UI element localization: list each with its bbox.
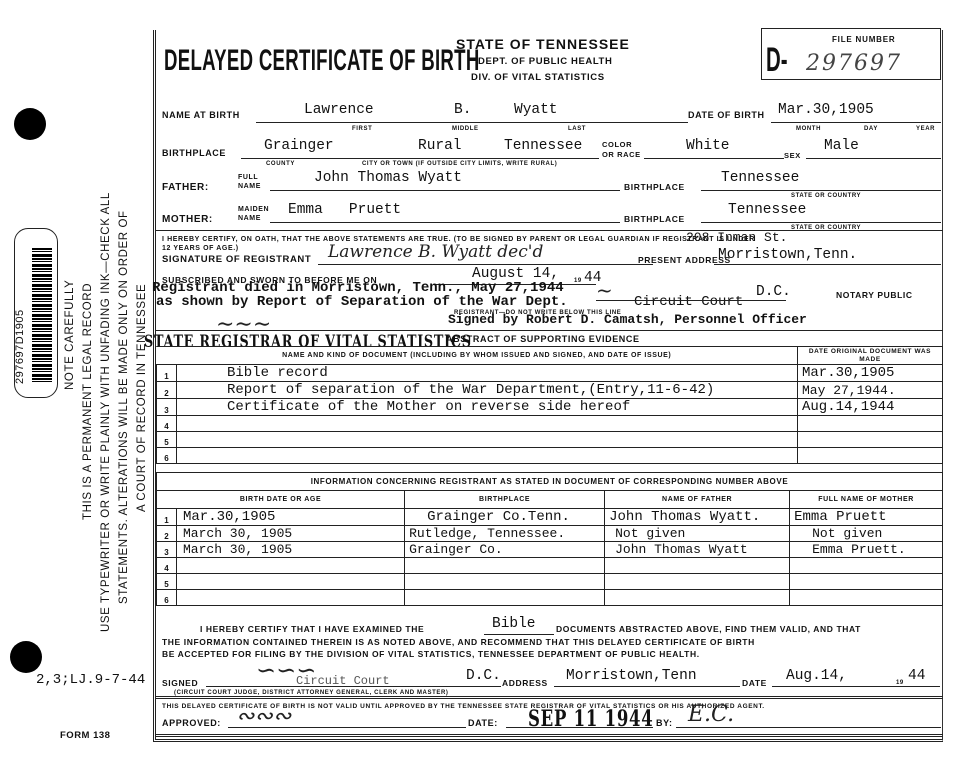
certificate-form: DELAYED CERTIFICATE OF BIRTH STATE OF TE… (153, 30, 943, 742)
birthplace-label: BIRTHPLACE (162, 148, 226, 158)
form-bottom-rule (156, 734, 943, 737)
file-prefix: D- (766, 41, 788, 80)
margin-note-1: NOTE CAREFULLY (64, 280, 76, 390)
information-table: INFORMATION CONCERNING REGISTRANT AS STA… (156, 472, 943, 606)
mother-name: Emma Pruett (288, 202, 401, 218)
abstract-label: ABSTRACT OF SUPPORTING EVIDENCE (446, 334, 640, 344)
evidence-row: 3 Certificate of the Mother on reverse s… (157, 399, 943, 416)
info-place: Grainger Co.Tenn. (405, 509, 605, 526)
evidence-col-document: NAME AND KIND OF DOCUMENT (INCLUDING BY … (157, 347, 798, 365)
margin-note-3: USE TYPEWRITER OR WRITE PLAINLY WITH UNF… (100, 192, 112, 632)
file-number-value: 297697 (806, 51, 902, 76)
father-birthplace-line (701, 190, 941, 191)
name-at-birth-label: NAME AT BIRTH (162, 110, 240, 120)
city-label: CITY OR TOWN (IF OUTSIDE CITY LIMITS, WR… (362, 161, 557, 167)
evidence-row: 6 (157, 448, 943, 464)
info-father: John Thomas Wyatt. (605, 509, 790, 526)
notary-line (596, 300, 786, 301)
punch-hole-top (14, 108, 46, 140)
evidence-document: Bible record (177, 365, 798, 382)
barcode-number: 297697D1905 (14, 309, 26, 384)
info-col-birthplace: BIRTHPLACE (405, 491, 605, 509)
county-label: COUNTY (266, 161, 295, 167)
evidence-date: Mar.30,1905 (798, 365, 943, 382)
present-address-line (714, 264, 941, 265)
last-name: Wyatt (514, 102, 558, 118)
info-col-birth: BIRTH DATE OR AGE (157, 491, 405, 509)
father-name-label: NAME (238, 183, 261, 190)
sex-label: SEX (784, 151, 801, 160)
mother-maiden-label: MAIDEN (238, 206, 269, 213)
color-line (644, 158, 784, 159)
cert-year: 44 (908, 668, 925, 684)
certify-line-1b: DOCUMENTS ABSTRACTED ABOVE, FIND THEM VA… (556, 624, 861, 634)
info-birth: March 30, 1905 (177, 542, 405, 558)
dob-line (771, 122, 941, 123)
by-line (676, 727, 941, 728)
mother-birthplace-label: BIRTHPLACE (624, 214, 685, 224)
name-line (256, 122, 688, 123)
court-name: Circuit Court (634, 294, 743, 310)
approved-signature: ∾∾∾ (236, 704, 291, 729)
year-label: YEAR (916, 126, 935, 132)
approval-top-rule (156, 696, 943, 699)
mother-birthplace-line (701, 222, 941, 223)
information-header-row: BIRTH DATE OR AGE BIRTHPLACE NAME OF FAT… (157, 491, 943, 509)
mother-name-label: NAME (238, 215, 261, 222)
evidence-row: 2 Report of separation of the War Depart… (157, 382, 943, 399)
evidence-date: Aug.14,1944 (798, 399, 943, 416)
day-label: DAY (864, 126, 878, 132)
father-birthplace-label: BIRTHPLACE (624, 182, 685, 192)
color-label-2: OR RACE (602, 150, 641, 159)
information-title-row: INFORMATION CONCERNING REGISTRANT AS STA… (157, 473, 943, 491)
middle-name: B. (454, 102, 471, 118)
mother-line (270, 222, 620, 223)
dept-heading: DEPT. OF PUBLIC HEALTH (478, 56, 612, 67)
birth-county: Grainger (264, 138, 334, 154)
approval-date-label: DATE: (468, 718, 498, 728)
information-row: 5 (157, 574, 943, 590)
father-birthplace: Tennessee (721, 170, 799, 186)
form-number: FORM 138 (60, 730, 110, 741)
date-of-birth: Mar.30,1905 (778, 102, 874, 118)
info-col-father: NAME OF FATHER (605, 491, 790, 509)
evidence-header-row: NAME AND KIND OF DOCUMENT (INCLUDING BY … (157, 347, 943, 365)
division-heading: DIV. OF VITAL STATISTICS (471, 72, 605, 83)
margin-note-4: STATEMENTS. ALTERATIONS WILL BE MADE ONL… (118, 210, 130, 604)
info-mother: Not given (790, 526, 943, 542)
mother-birthplace: Tennessee (728, 202, 806, 218)
notary-signature: ~ (596, 278, 613, 302)
certificate-title: DELAYED CERTIFICATE OF BIRTH (164, 44, 480, 78)
info-mother: Emma Pruett. (790, 542, 943, 558)
present-address: Morristown,Tenn. (718, 247, 857, 263)
mother-label: MOTHER: (162, 214, 213, 225)
sworn-year-prefix: 19 (574, 278, 582, 284)
evidence-col-date: DATE ORIGINAL DOCUMENT WAS MADE (798, 347, 943, 365)
signature-line (318, 264, 653, 265)
certify-line-1a: I HEREBY CERTIFY THAT I HAVE EXAMINED TH… (200, 624, 424, 634)
info-father: Not given (605, 526, 790, 542)
evidence-row: 1 Bible record Mar.30,1905 (157, 365, 943, 382)
punch-hole-bottom (10, 641, 42, 673)
birth-city: Rural (418, 138, 462, 154)
cert-date-line (772, 686, 940, 687)
cert-date: Aug.14, (786, 668, 847, 684)
sex-line (806, 158, 941, 159)
information-row: 3 March 30, 1905 Grainger Co. John Thoma… (157, 542, 943, 558)
signed-dc: D.C. (466, 668, 501, 684)
information-title: INFORMATION CONCERNING REGISTRANT AS STA… (157, 473, 943, 491)
color-label-1: COLOR (602, 140, 632, 149)
signed-court: Circuit Court (296, 674, 390, 688)
examined-line (484, 634, 554, 635)
month-label: MONTH (796, 126, 821, 132)
father-label: FATHER: (162, 182, 209, 193)
cert-address: Morristown,Tenn (566, 668, 697, 684)
margin-note-2: THIS IS A PERMANENT LEGAL RECORD (82, 283, 94, 520)
date-of-birth-label: DATE OF BIRTH (688, 110, 765, 120)
info-birth: March 30, 1905 (177, 526, 405, 542)
examined-document: Bible (492, 616, 536, 632)
approved-label: APPROVED: (162, 718, 221, 728)
color-race: White (686, 138, 730, 154)
cert-address-line (554, 686, 740, 687)
evidence-row: 5 (157, 432, 943, 448)
certify-line-3: BE ACCEPTED FOR FILING BY THE DIVISION O… (162, 649, 700, 659)
father-birthplace-sub: STATE OR COUNTRY (791, 193, 861, 199)
information-row: 1 Mar.30,1905 Grainger Co.Tenn. John Tho… (157, 509, 943, 526)
file-number-box: FILE NUMBER D- 297697 (761, 28, 941, 80)
by-initials: E.C. (688, 702, 734, 727)
cert-date-label: DATE (742, 678, 767, 688)
cert-address-label: ADDRESS (502, 678, 548, 688)
evidence-document: Certificate of the Mother on reverse sid… (177, 399, 798, 416)
birth-state: Tennessee (504, 138, 582, 154)
father-line (270, 190, 620, 191)
certify-oath-text-2: 12 YEARS OF AGE.) (162, 245, 239, 252)
evidence-document: Report of separation of the War Departme… (177, 382, 798, 399)
sex: Male (824, 138, 859, 154)
registrant-signature: Lawrence B. Wyatt dec'd (328, 242, 543, 262)
by-label: BY: (656, 718, 673, 728)
birthplace-line (241, 158, 599, 159)
information-row: 6 (157, 590, 943, 606)
street-address: 208 Inman St. (686, 230, 787, 245)
barcode (32, 248, 52, 384)
info-place: Grainger Co. (405, 542, 605, 558)
info-place: Rutledge, Tennessee. (405, 526, 605, 542)
certify-line-2: THE INFORMATION CONTAINED THEREIN IS AS … (162, 637, 755, 647)
registrar-rule (156, 330, 943, 331)
father-full-label: FULL (238, 174, 258, 181)
evidence-table: NAME AND KIND OF DOCUMENT (INCLUDING BY … (156, 346, 943, 464)
margin-note-5: A COURT OF RECORD IN TENNESSEE (136, 284, 148, 512)
first-label: FIRST (352, 126, 372, 132)
notary-dc: D.C. (756, 284, 791, 300)
middle-label: MIDDLE (452, 126, 479, 132)
evidence-date: May 27,1944. (798, 382, 943, 399)
cert-year-prefix: 19 (896, 680, 904, 686)
filing-note: 2,3;LJ.9-7-44 (36, 672, 145, 688)
signed-by-officer: Signed by Robert D. Camatsh, Personnel O… (448, 312, 807, 327)
information-row: 2 March 30, 1905 Rutledge, Tennessee. No… (157, 526, 943, 542)
state-heading: STATE OF TENNESSEE (456, 36, 630, 52)
info-father: John Thomas Wyatt (605, 542, 790, 558)
info-mother: Emma Pruett (790, 509, 943, 526)
last-label: LAST (568, 126, 586, 132)
file-number-label: FILE NUMBER (832, 35, 895, 44)
signature-label: SIGNATURE OF REGISTRANT (162, 254, 311, 265)
info-birth: Mar.30,1905 (177, 509, 405, 526)
death-note-line-2: as shown by Report of Separation of the … (156, 294, 568, 310)
first-name: Lawrence (304, 102, 374, 118)
information-row: 4 (157, 558, 943, 574)
father-name: John Thomas Wyatt (314, 170, 462, 186)
signed-label: SIGNED (162, 678, 198, 688)
notary-public-label: NOTARY PUBLIC (836, 290, 913, 300)
evidence-row: 4 (157, 416, 943, 432)
oath-top-rule (156, 230, 943, 231)
info-col-mother: FULL NAME OF MOTHER (790, 491, 943, 509)
approval-date-stamp: SEP 11 1944 (528, 706, 654, 732)
